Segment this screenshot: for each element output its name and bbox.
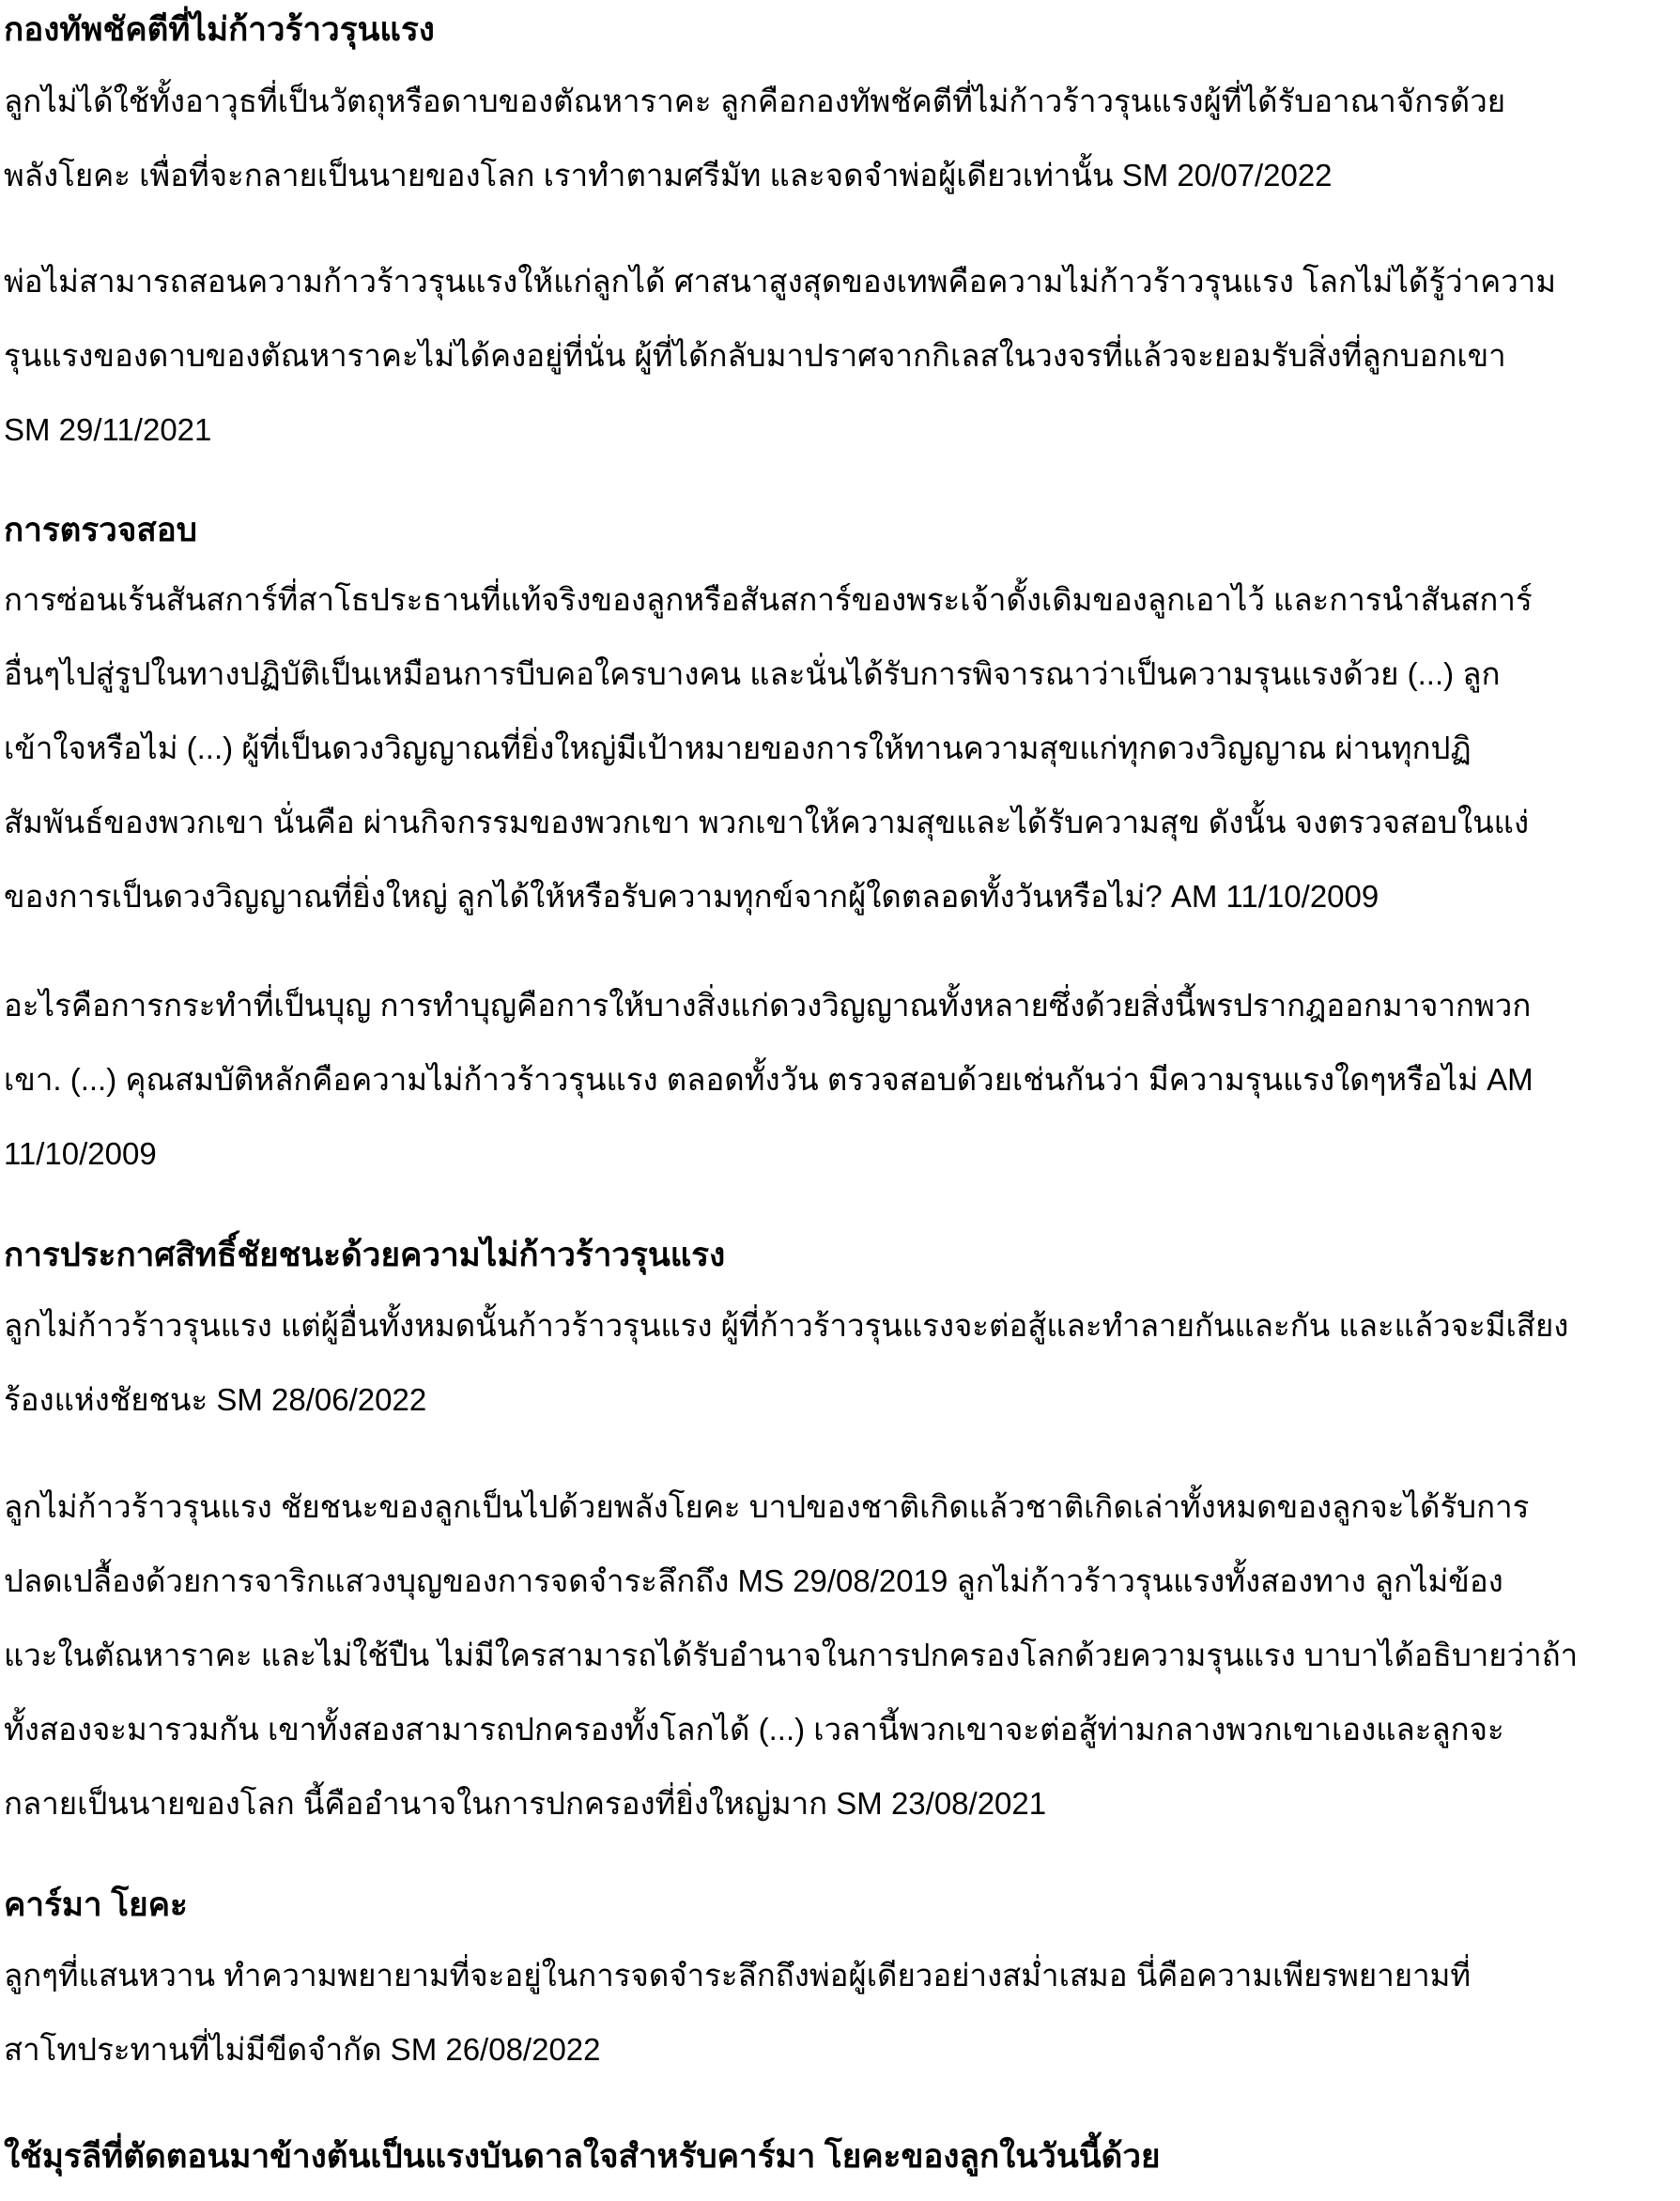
paragraph-line: พ่อไม่สามารถสอนความก้าวร้าวรุนแรงให้แก่ล… — [4, 259, 1556, 304]
paragraph-line: สัมพันธ์ของพวกเขา นั่นคือ ผ่านกิจกรรมของ… — [4, 800, 1529, 845]
paragraph-line: SM 29/11/2021 — [4, 408, 211, 453]
section-heading-checking: การตรวจสอบ — [4, 508, 197, 553]
section-heading-karma-yoga: คาร์มา โยคะ — [4, 1883, 188, 1928]
paragraph-line: ลูกไม่ได้ใช้ทั้งอาวุธที่เป็นวัตถุหรือดาบ… — [4, 79, 1505, 124]
paragraph-line: รุนแรงของดาบของตัณหาราคะไม่ได้คงอยู่ที่น… — [4, 333, 1506, 378]
paragraph-line: เข้าใจหรือไม่ (...) ผู้ที่เป็นดวงวิญญาณท… — [4, 726, 1472, 771]
paragraph-line: พลังโยคะ เพื่อที่จะกลายเป็นนายของโลก เรา… — [4, 153, 1333, 198]
paragraph-line: การซ่อนเร้นสันสการ์ที่สาโธประธานที่แท้จร… — [4, 577, 1533, 623]
paragraph-line: อะไรคือการกระทำที่เป็นบุญ การทำบุญคือการ… — [4, 983, 1531, 1028]
paragraph-line: ร้องแห่งชัยชนะ SM 28/06/2022 — [4, 1378, 426, 1423]
paragraph-line: เขา. (...) คุณสมบัติหลักคือความไม่ก้าวร้… — [4, 1057, 1534, 1102]
section-heading-victory-through-non-violence: การประกาศสิทธิ์ชัยชนะด้วยความไม่ก้าวร้าว… — [4, 1233, 725, 1278]
paragraph-line: ลูกไม่ก้าวร้าวรุนแรง ชัยชนะของลูกเป็นไปด… — [4, 1485, 1529, 1530]
paragraph-line: กลายเป็นนายของโลก นี้คืออำนาจในการปกครอง… — [4, 1781, 1046, 1826]
paragraph-line: ทั้งสองจะมารวมกัน เขาทั้งสองสามารถปกครอง… — [4, 1707, 1504, 1752]
paragraph-line: ปลดเปลื้องด้วยการจาริกแสวงบุญของการจดจำร… — [4, 1559, 1503, 1604]
paragraph-line: สาโทประทานที่ไม่มีขีดจำกัด SM 26/08/2022 — [4, 2027, 601, 2072]
section-heading-non-violent-shakti-army: กองทัพชัคตีที่ไม่ก้าวร้าวรุนแรง — [4, 8, 435, 53]
paragraph-line: อื่นๆไปสู่รูปในทางปฏิบัติเป็นเหมือนการบี… — [4, 652, 1501, 697]
paragraph-line: แวะในตัณหาราคะ และไม่ใช้ปืน ไม่มีใครสามา… — [4, 1633, 1578, 1678]
paragraph-line: ลูกไม่ก้าวร้าวรุนแรง แต่ผู้อื่นทั้งหมดนั… — [4, 1303, 1568, 1348]
paragraph-line: ของการเป็นดวงวิญญาณที่ยิ่งใหญ่ ลูกได้ให้… — [4, 874, 1379, 919]
paragraph-line: ลูกๆที่แสนหวาน ทำความพยายามที่จะอยู่ในกา… — [4, 1953, 1471, 1998]
closing-statement: ใช้มุรลีที่ตัดตอนมาข้างต้นเป็นแรงบันดาลใ… — [4, 2134, 1161, 2179]
paragraph-line: 11/10/2009 — [4, 1131, 157, 1177]
